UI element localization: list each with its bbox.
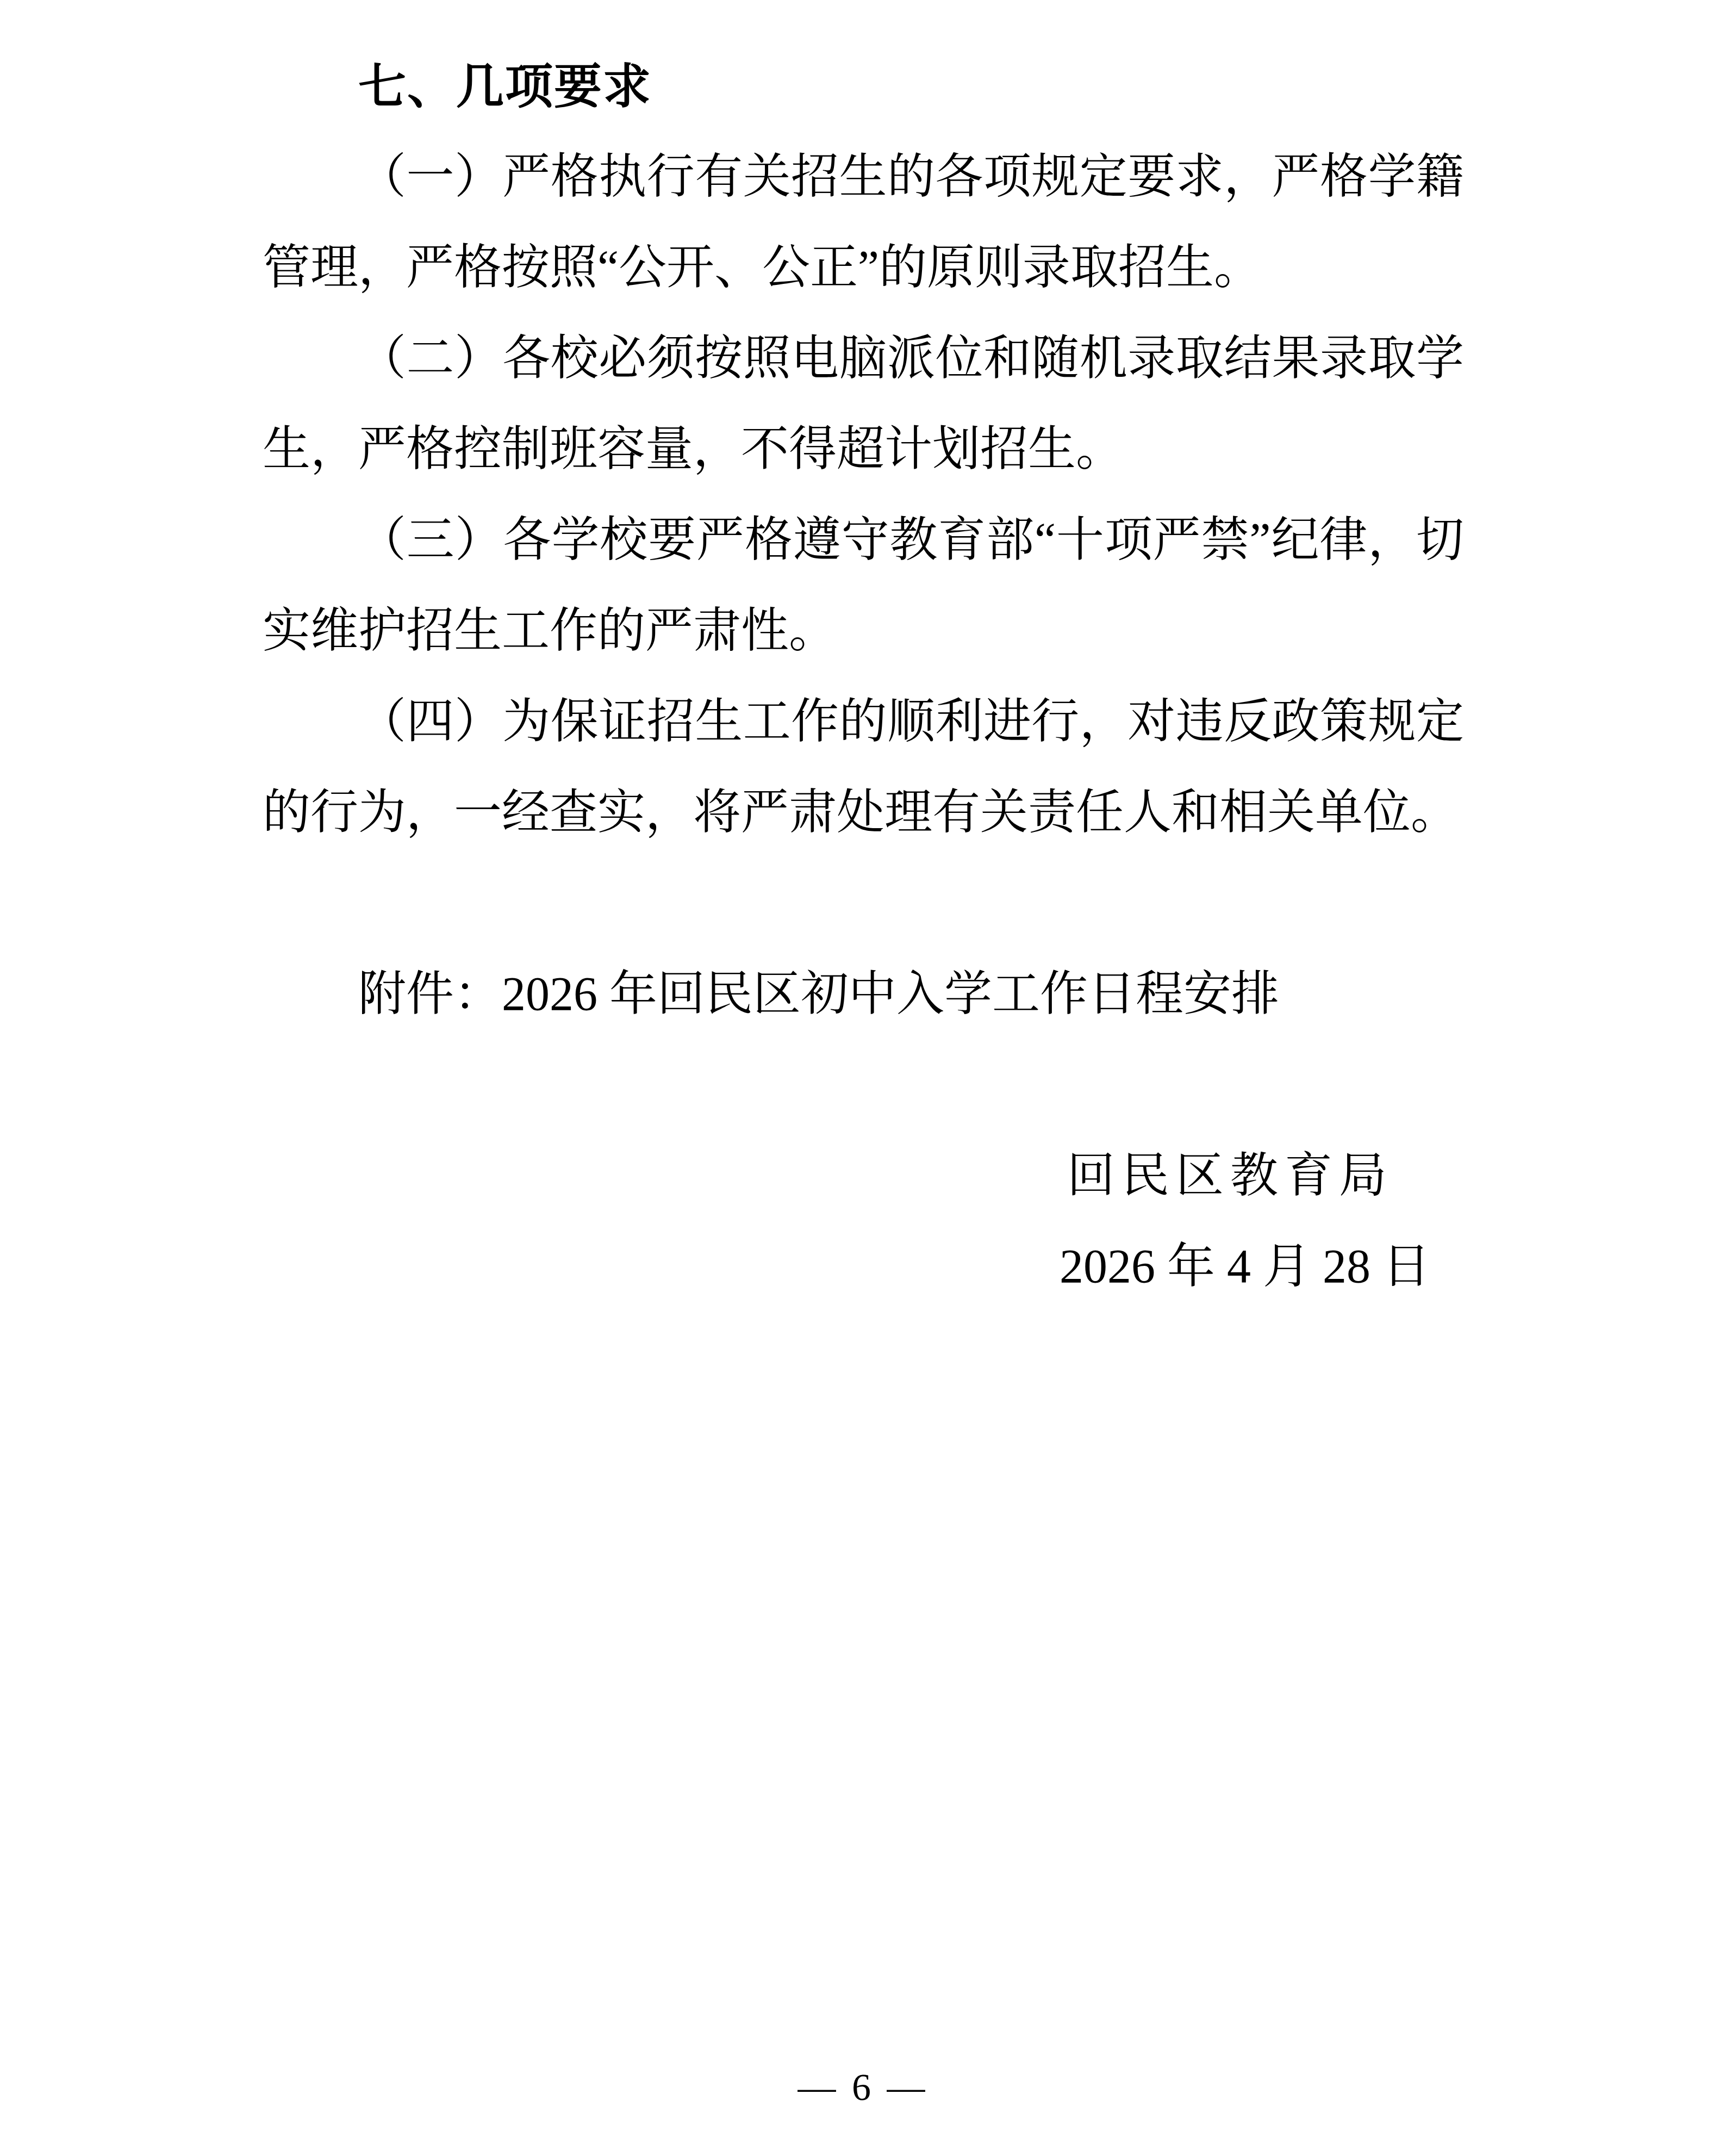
attachment-line: 附件：2026 年回民区初中入学工作日程安排	[263, 949, 1464, 1040]
page-number: — 6 —	[0, 2064, 1726, 2112]
body-paragraph-1: （一）严格执行有关招生的各项规定要求，严格学籍管理，严格按照“公开、公正”的原则…	[263, 132, 1464, 313]
document-page: 七、几项要求 （一）严格执行有关招生的各项规定要求，严格学籍管理，严格按照“公开…	[0, 0, 1726, 2156]
signature-block: 回民区教育局 2026 年 4 月 28 日	[263, 1130, 1464, 1312]
body-paragraph-2: （二）各校必须按照电脑派位和随机录取结果录取学生，严格控制班容量，不得超计划招生…	[263, 313, 1464, 495]
section-heading: 七、几项要求	[263, 41, 1464, 132]
body-paragraph-4: （四）为保证招生工作的顺利进行，对违反政策规定的行为，一经查实，将严肃处理有关责…	[263, 676, 1464, 858]
body-paragraph-3: （三）各学校要严格遵守教育部“十项严禁”纪律，切实维护招生工作的严肃性。	[263, 495, 1464, 676]
signature-organization: 回民区教育局	[263, 1130, 1464, 1221]
signature-date: 2026 年 4 月 28 日	[263, 1221, 1464, 1312]
document-content: 七、几项要求 （一）严格执行有关招生的各项规定要求，严格学籍管理，严格按照“公开…	[263, 41, 1464, 1312]
